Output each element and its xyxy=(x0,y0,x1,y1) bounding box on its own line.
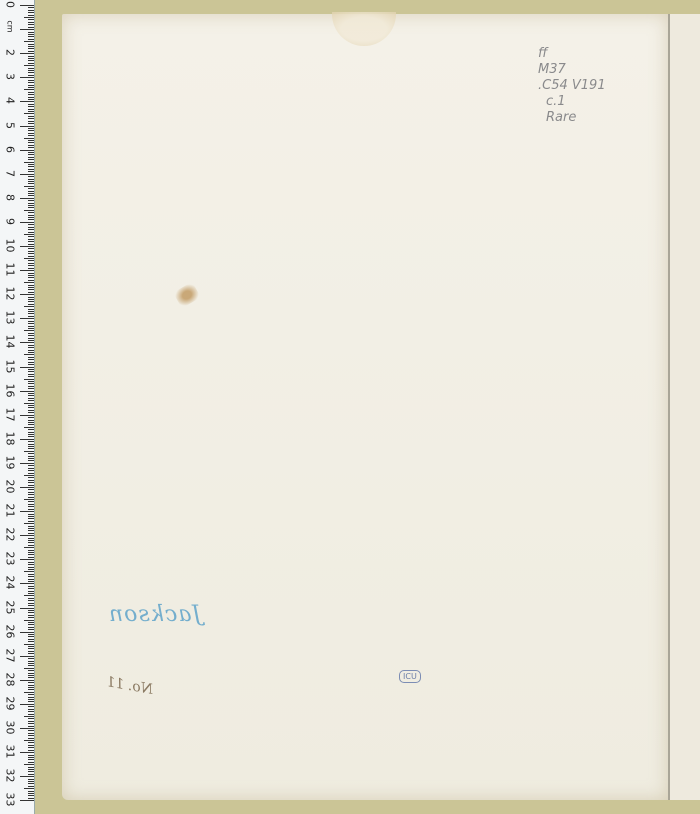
ruler-tick xyxy=(28,400,34,401)
ruler-tick xyxy=(24,138,34,139)
ruler-tick xyxy=(28,779,34,780)
ruler-tick xyxy=(28,738,34,739)
ruler-tick xyxy=(28,723,34,724)
ruler-number: 30 xyxy=(4,719,17,737)
ruler-tick xyxy=(28,273,34,274)
ruler-tick xyxy=(24,234,34,235)
ruler-tick xyxy=(28,661,34,662)
ruler-tick xyxy=(28,781,34,782)
ruler-number: 2 xyxy=(4,44,17,62)
ruler-tick xyxy=(28,369,34,370)
ruler-tick xyxy=(20,174,34,175)
ruler-tick xyxy=(28,407,34,408)
ruler-tick xyxy=(28,798,34,799)
ruler-tick xyxy=(20,246,34,247)
ruler-tick xyxy=(28,485,34,486)
ruler-tick xyxy=(28,648,34,649)
ruler-tick xyxy=(28,92,34,93)
ruler-tick xyxy=(28,388,34,389)
ruler-tick xyxy=(28,229,34,230)
ruler-tick xyxy=(28,183,34,184)
ruler-tick xyxy=(28,181,34,182)
brown-note-bleedthrough: No. 11 xyxy=(105,674,154,698)
ruler-tick xyxy=(28,465,34,466)
ruler-tick xyxy=(24,788,34,789)
ruler-tick xyxy=(28,591,34,592)
ruler-tick xyxy=(28,506,34,507)
ruler-tick xyxy=(28,576,34,577)
ruler-number: 19 xyxy=(4,453,17,471)
ruler-tick xyxy=(28,540,34,541)
ruler-tick xyxy=(28,745,34,746)
ruler-tick xyxy=(28,362,34,363)
ruler-tick xyxy=(20,583,34,584)
ruler-number: 8 xyxy=(4,188,17,206)
ruler-tick xyxy=(28,521,34,522)
ruler-tick xyxy=(28,774,34,775)
ruler-tick xyxy=(28,658,34,659)
ruler-number: 0 xyxy=(4,0,17,14)
ruler-tick xyxy=(28,347,34,348)
ruler-tick xyxy=(28,410,34,411)
ruler-tick xyxy=(28,159,34,160)
ruler-tick xyxy=(20,29,34,30)
ruler-tick xyxy=(28,171,34,172)
ruler-tick xyxy=(28,706,34,707)
ruler-tick xyxy=(28,297,34,298)
ruler-tick xyxy=(20,535,34,536)
ruler-tick xyxy=(28,714,34,715)
ruler-tick xyxy=(28,371,34,372)
ruler-tick xyxy=(28,104,34,105)
ruler-tick xyxy=(28,51,34,52)
ruler-tick xyxy=(20,776,34,777)
ruler-tick xyxy=(28,675,34,676)
ruler-number: 21 xyxy=(4,502,17,520)
ruler-tick xyxy=(28,176,34,177)
ruler-tick xyxy=(28,63,34,64)
ruler-tick xyxy=(28,564,34,565)
ruler-tick xyxy=(28,311,34,312)
ruler-tick xyxy=(28,545,34,546)
ruler-tick xyxy=(28,154,34,155)
ruler-tick xyxy=(28,70,34,71)
ruler-tick xyxy=(28,200,34,201)
ruler-tick xyxy=(28,219,34,220)
ruler-tick xyxy=(28,783,34,784)
blue-signature-bleedthrough: Jackson xyxy=(108,602,201,627)
ruler-tick xyxy=(28,600,34,601)
ruler-tick xyxy=(28,251,34,252)
ruler-number: 23 xyxy=(4,550,17,568)
ruler-tick xyxy=(20,391,34,392)
ruler-tick xyxy=(28,480,34,481)
ruler-tick xyxy=(28,263,34,264)
ruler-tick xyxy=(20,222,34,223)
ruler-tick xyxy=(28,383,34,384)
ruler-tick xyxy=(24,65,34,66)
ruler-tick xyxy=(28,434,34,435)
ruler-tick xyxy=(28,677,34,678)
ruler-tick xyxy=(28,670,34,671)
ruler-tick xyxy=(28,554,34,555)
ruler-tick xyxy=(20,318,34,319)
ruler-tick xyxy=(20,5,34,6)
ruler-tick xyxy=(28,212,34,213)
ruler-tick xyxy=(20,752,34,753)
ruler-number: 5 xyxy=(4,116,17,134)
ruler-tick xyxy=(28,622,34,623)
ruler-number: 12 xyxy=(4,285,17,303)
document-page: ff M37 .C54 V191 c.1 Rare Jackson No. 11… xyxy=(62,14,668,800)
ruler-tick xyxy=(28,689,34,690)
ruler-tick xyxy=(28,215,34,216)
ruler-tick xyxy=(28,24,34,25)
ruler-tick xyxy=(28,586,34,587)
ruler-tick xyxy=(28,436,34,437)
ruler-tick xyxy=(24,644,34,645)
ruler-tick xyxy=(28,323,34,324)
ruler-tick xyxy=(28,393,34,394)
ruler-number: 28 xyxy=(4,670,17,688)
ruler-number: 15 xyxy=(4,357,17,375)
ruler-tick xyxy=(28,135,34,136)
ruler-tick xyxy=(28,518,34,519)
ruler-tick xyxy=(28,333,34,334)
ruler-tick xyxy=(28,116,34,117)
ruler-tick xyxy=(28,205,34,206)
ruler-number: 18 xyxy=(4,429,17,447)
ruler-number: 17 xyxy=(4,405,17,423)
ruler-tick xyxy=(28,687,34,688)
ruler-tick xyxy=(28,381,34,382)
ruler-tick xyxy=(28,328,34,329)
ruler-tick xyxy=(20,704,34,705)
ruler-tick xyxy=(28,598,34,599)
ruler-tick xyxy=(28,579,34,580)
ruler-tick xyxy=(28,275,34,276)
ruler-tick xyxy=(28,292,34,293)
ruler-tick xyxy=(28,721,34,722)
ruler-tick xyxy=(20,415,34,416)
ruler-tick xyxy=(28,528,34,529)
ruler-tick xyxy=(24,210,34,211)
ruler-tick xyxy=(28,309,34,310)
ruler-tick xyxy=(28,12,34,13)
ruler-tick xyxy=(28,217,34,218)
ruler-tick xyxy=(28,345,34,346)
ruler-number: 6 xyxy=(4,140,17,158)
ruler-tick xyxy=(20,367,34,368)
call-number-line: c.1 xyxy=(538,94,606,110)
ruler-tick xyxy=(28,538,34,539)
ruler-tick xyxy=(24,475,34,476)
ruler-tick xyxy=(24,620,34,621)
ruler-tick xyxy=(28,239,34,240)
ruler-tick xyxy=(28,673,34,674)
call-number: ff M37 .C54 V191 c.1 Rare xyxy=(538,46,606,126)
ruler-tick xyxy=(28,7,34,8)
ruler-tick xyxy=(28,244,34,245)
ruler-tick xyxy=(28,111,34,112)
call-number-line: ff xyxy=(538,46,606,62)
ruler-tick xyxy=(28,429,34,430)
foxing-spot xyxy=(173,282,201,309)
ruler-tick xyxy=(28,757,34,758)
ruler-tick xyxy=(28,48,34,49)
ruler-tick xyxy=(28,364,34,365)
ruler-tick xyxy=(28,166,34,167)
ruler-tick xyxy=(28,612,34,613)
ruler-tick xyxy=(28,82,34,83)
ruler-tick xyxy=(28,694,34,695)
ruler-tick xyxy=(28,567,34,568)
ruler-tick xyxy=(28,697,34,698)
ruler-tick xyxy=(28,641,34,642)
ruler-number: 16 xyxy=(4,381,17,399)
ruler-tick xyxy=(28,444,34,445)
ruler-tick xyxy=(28,285,34,286)
ruler-tick xyxy=(20,150,34,151)
ruler-tick xyxy=(28,152,34,153)
ruler-tick xyxy=(28,473,34,474)
ruler-number: 33 xyxy=(4,791,17,809)
ruler-tick xyxy=(24,451,34,452)
ruler-tick xyxy=(28,46,34,47)
ruler-tick xyxy=(28,665,34,666)
ruler-tick xyxy=(28,376,34,377)
ruler-tick xyxy=(20,342,34,343)
ruler-tick xyxy=(20,77,34,78)
ruler-tick xyxy=(28,97,34,98)
ruler-tick xyxy=(28,533,34,534)
ruler-tick xyxy=(28,685,34,686)
ruler-tick xyxy=(20,126,34,127)
ruler-tick xyxy=(24,499,34,500)
ruler-tick xyxy=(20,198,34,199)
ruler-tick xyxy=(20,294,34,295)
ruler-tick xyxy=(28,253,34,254)
ruler-tick xyxy=(24,379,34,380)
measurement-ruler: 0cm2345678910111213141516171819202122232… xyxy=(0,0,35,814)
ruler-tick xyxy=(28,224,34,225)
ruler-tick xyxy=(28,164,34,165)
ruler-tick xyxy=(28,87,34,88)
ruler-tick xyxy=(28,791,34,792)
ruler-number: 27 xyxy=(4,646,17,664)
ruler-tick xyxy=(28,562,34,563)
ruler-tick xyxy=(28,718,34,719)
ruler-tick xyxy=(20,632,34,633)
ruler-tick xyxy=(20,800,34,801)
ruler-tick xyxy=(28,663,34,664)
ruler-tick xyxy=(28,398,34,399)
ruler-tick xyxy=(28,106,34,107)
top-stain xyxy=(332,12,396,46)
ruler-tick xyxy=(28,56,34,57)
ruler-tick xyxy=(28,762,34,763)
ruler-tick xyxy=(28,85,34,86)
ruler-tick xyxy=(28,72,34,73)
ruler-tick xyxy=(28,232,34,233)
ruler-tick xyxy=(28,526,34,527)
ruler-tick xyxy=(28,412,34,413)
ruler-number: 31 xyxy=(4,743,17,761)
ruler-tick xyxy=(28,301,34,302)
ruler-number: 7 xyxy=(4,164,17,182)
ruler-number: 13 xyxy=(4,309,17,327)
ruler-tick xyxy=(28,140,34,141)
ruler-tick xyxy=(28,492,34,493)
ruler-tick xyxy=(28,453,34,454)
ruler-tick xyxy=(20,511,34,512)
ruler-tick xyxy=(28,759,34,760)
ruler-tick xyxy=(28,118,34,119)
ruler-tick xyxy=(28,39,34,40)
ruler-tick xyxy=(28,574,34,575)
ruler-tick xyxy=(28,44,34,45)
ruler-number: 3 xyxy=(4,68,17,86)
ruler-tick xyxy=(28,516,34,517)
ruler-tick xyxy=(28,395,34,396)
ruler-tick xyxy=(24,716,34,717)
ruler-tick xyxy=(28,191,34,192)
ruler-tick xyxy=(28,15,34,16)
ruler-tick xyxy=(24,162,34,163)
ruler-tick xyxy=(28,128,34,129)
ruler-tick xyxy=(28,653,34,654)
ruler-tick xyxy=(28,130,34,131)
ruler-tick xyxy=(28,497,34,498)
ruler-tick xyxy=(28,627,34,628)
next-page-edge xyxy=(668,14,700,800)
ruler-tick xyxy=(28,203,34,204)
ruler-tick xyxy=(28,157,34,158)
ruler-number: 14 xyxy=(4,333,17,351)
ruler-tick xyxy=(28,651,34,652)
ruler-tick xyxy=(28,80,34,81)
ruler-tick xyxy=(28,730,34,731)
ruler-tick xyxy=(28,36,34,37)
ruler-tick xyxy=(28,179,34,180)
ruler-tick xyxy=(24,41,34,42)
ruler-tick xyxy=(24,330,34,331)
ruler-tick xyxy=(28,795,34,796)
ruler-tick xyxy=(28,193,34,194)
ruler-tick xyxy=(28,207,34,208)
ruler-tick xyxy=(28,557,34,558)
ruler-tick xyxy=(28,588,34,589)
ruler-tick xyxy=(28,477,34,478)
ruler-tick xyxy=(28,581,34,582)
ruler-tick xyxy=(28,646,34,647)
ruler-number: 29 xyxy=(4,694,17,712)
ruler-tick xyxy=(28,550,34,551)
ruler-number: 25 xyxy=(4,598,17,616)
ruler-number: 22 xyxy=(4,526,17,544)
ruler-tick xyxy=(28,188,34,189)
ruler-tick xyxy=(20,728,34,729)
call-number-line: .C54 V191 xyxy=(538,78,606,94)
ruler-tick xyxy=(28,458,34,459)
ruler-tick xyxy=(28,405,34,406)
ruler-tick xyxy=(28,489,34,490)
ruler-tick xyxy=(28,417,34,418)
ruler-tick xyxy=(28,629,34,630)
ruler-tick xyxy=(28,142,34,143)
ruler-tick xyxy=(28,501,34,502)
ruler-tick xyxy=(28,624,34,625)
ruler-tick xyxy=(20,101,34,102)
ruler-tick xyxy=(28,359,34,360)
ruler-tick xyxy=(28,34,34,35)
ruler-tick xyxy=(28,268,34,269)
ruler-tick xyxy=(20,53,34,54)
ruler-tick xyxy=(20,608,34,609)
ruler-tick xyxy=(20,439,34,440)
ruler-tick xyxy=(28,287,34,288)
ruler-tick xyxy=(28,460,34,461)
ruler-tick xyxy=(28,19,34,20)
ruler-tick xyxy=(28,94,34,95)
ruler-tick xyxy=(28,793,34,794)
ruler-tick xyxy=(24,547,34,548)
ruler-tick xyxy=(28,569,34,570)
ruler-tick xyxy=(20,559,34,560)
ruler-tick xyxy=(28,133,34,134)
ruler-tick xyxy=(28,709,34,710)
ruler-tick xyxy=(28,441,34,442)
ruler-tick xyxy=(24,571,34,572)
ruler-tick xyxy=(24,17,34,18)
ruler-tick xyxy=(28,542,34,543)
ruler-tick xyxy=(28,256,34,257)
ruler-tick xyxy=(28,509,34,510)
ruler-tick xyxy=(28,432,34,433)
ruler-tick xyxy=(28,123,34,124)
ruler-tick xyxy=(28,27,34,28)
ruler-tick xyxy=(28,22,34,23)
ruler-tick xyxy=(20,463,34,464)
ruler-number: 26 xyxy=(4,622,17,640)
ruler-tick xyxy=(24,668,34,669)
ruler-tick xyxy=(24,427,34,428)
ruler-tick xyxy=(24,403,34,404)
ruler-tick xyxy=(28,338,34,339)
ruler-tick xyxy=(28,357,34,358)
ruler-tick xyxy=(28,147,34,148)
ruler-tick xyxy=(28,750,34,751)
ruler-tick xyxy=(28,424,34,425)
ruler-tick xyxy=(28,280,34,281)
ruler-number: 24 xyxy=(4,574,17,592)
ruler-tick xyxy=(20,270,34,271)
ruler-tick xyxy=(28,615,34,616)
call-number-line: M37 xyxy=(538,62,606,78)
ruler-tick xyxy=(28,747,34,748)
ruler-tick xyxy=(28,482,34,483)
ruler-tick xyxy=(28,446,34,447)
ruler-tick xyxy=(28,742,34,743)
ruler-tick xyxy=(28,313,34,314)
ruler-tick xyxy=(28,99,34,100)
library-stamp: ICU xyxy=(399,670,421,683)
ruler-tick xyxy=(28,755,34,756)
ruler-number: 11 xyxy=(4,261,17,279)
ruler-tick xyxy=(28,236,34,237)
ruler-tick xyxy=(28,639,34,640)
ruler-tick xyxy=(28,456,34,457)
